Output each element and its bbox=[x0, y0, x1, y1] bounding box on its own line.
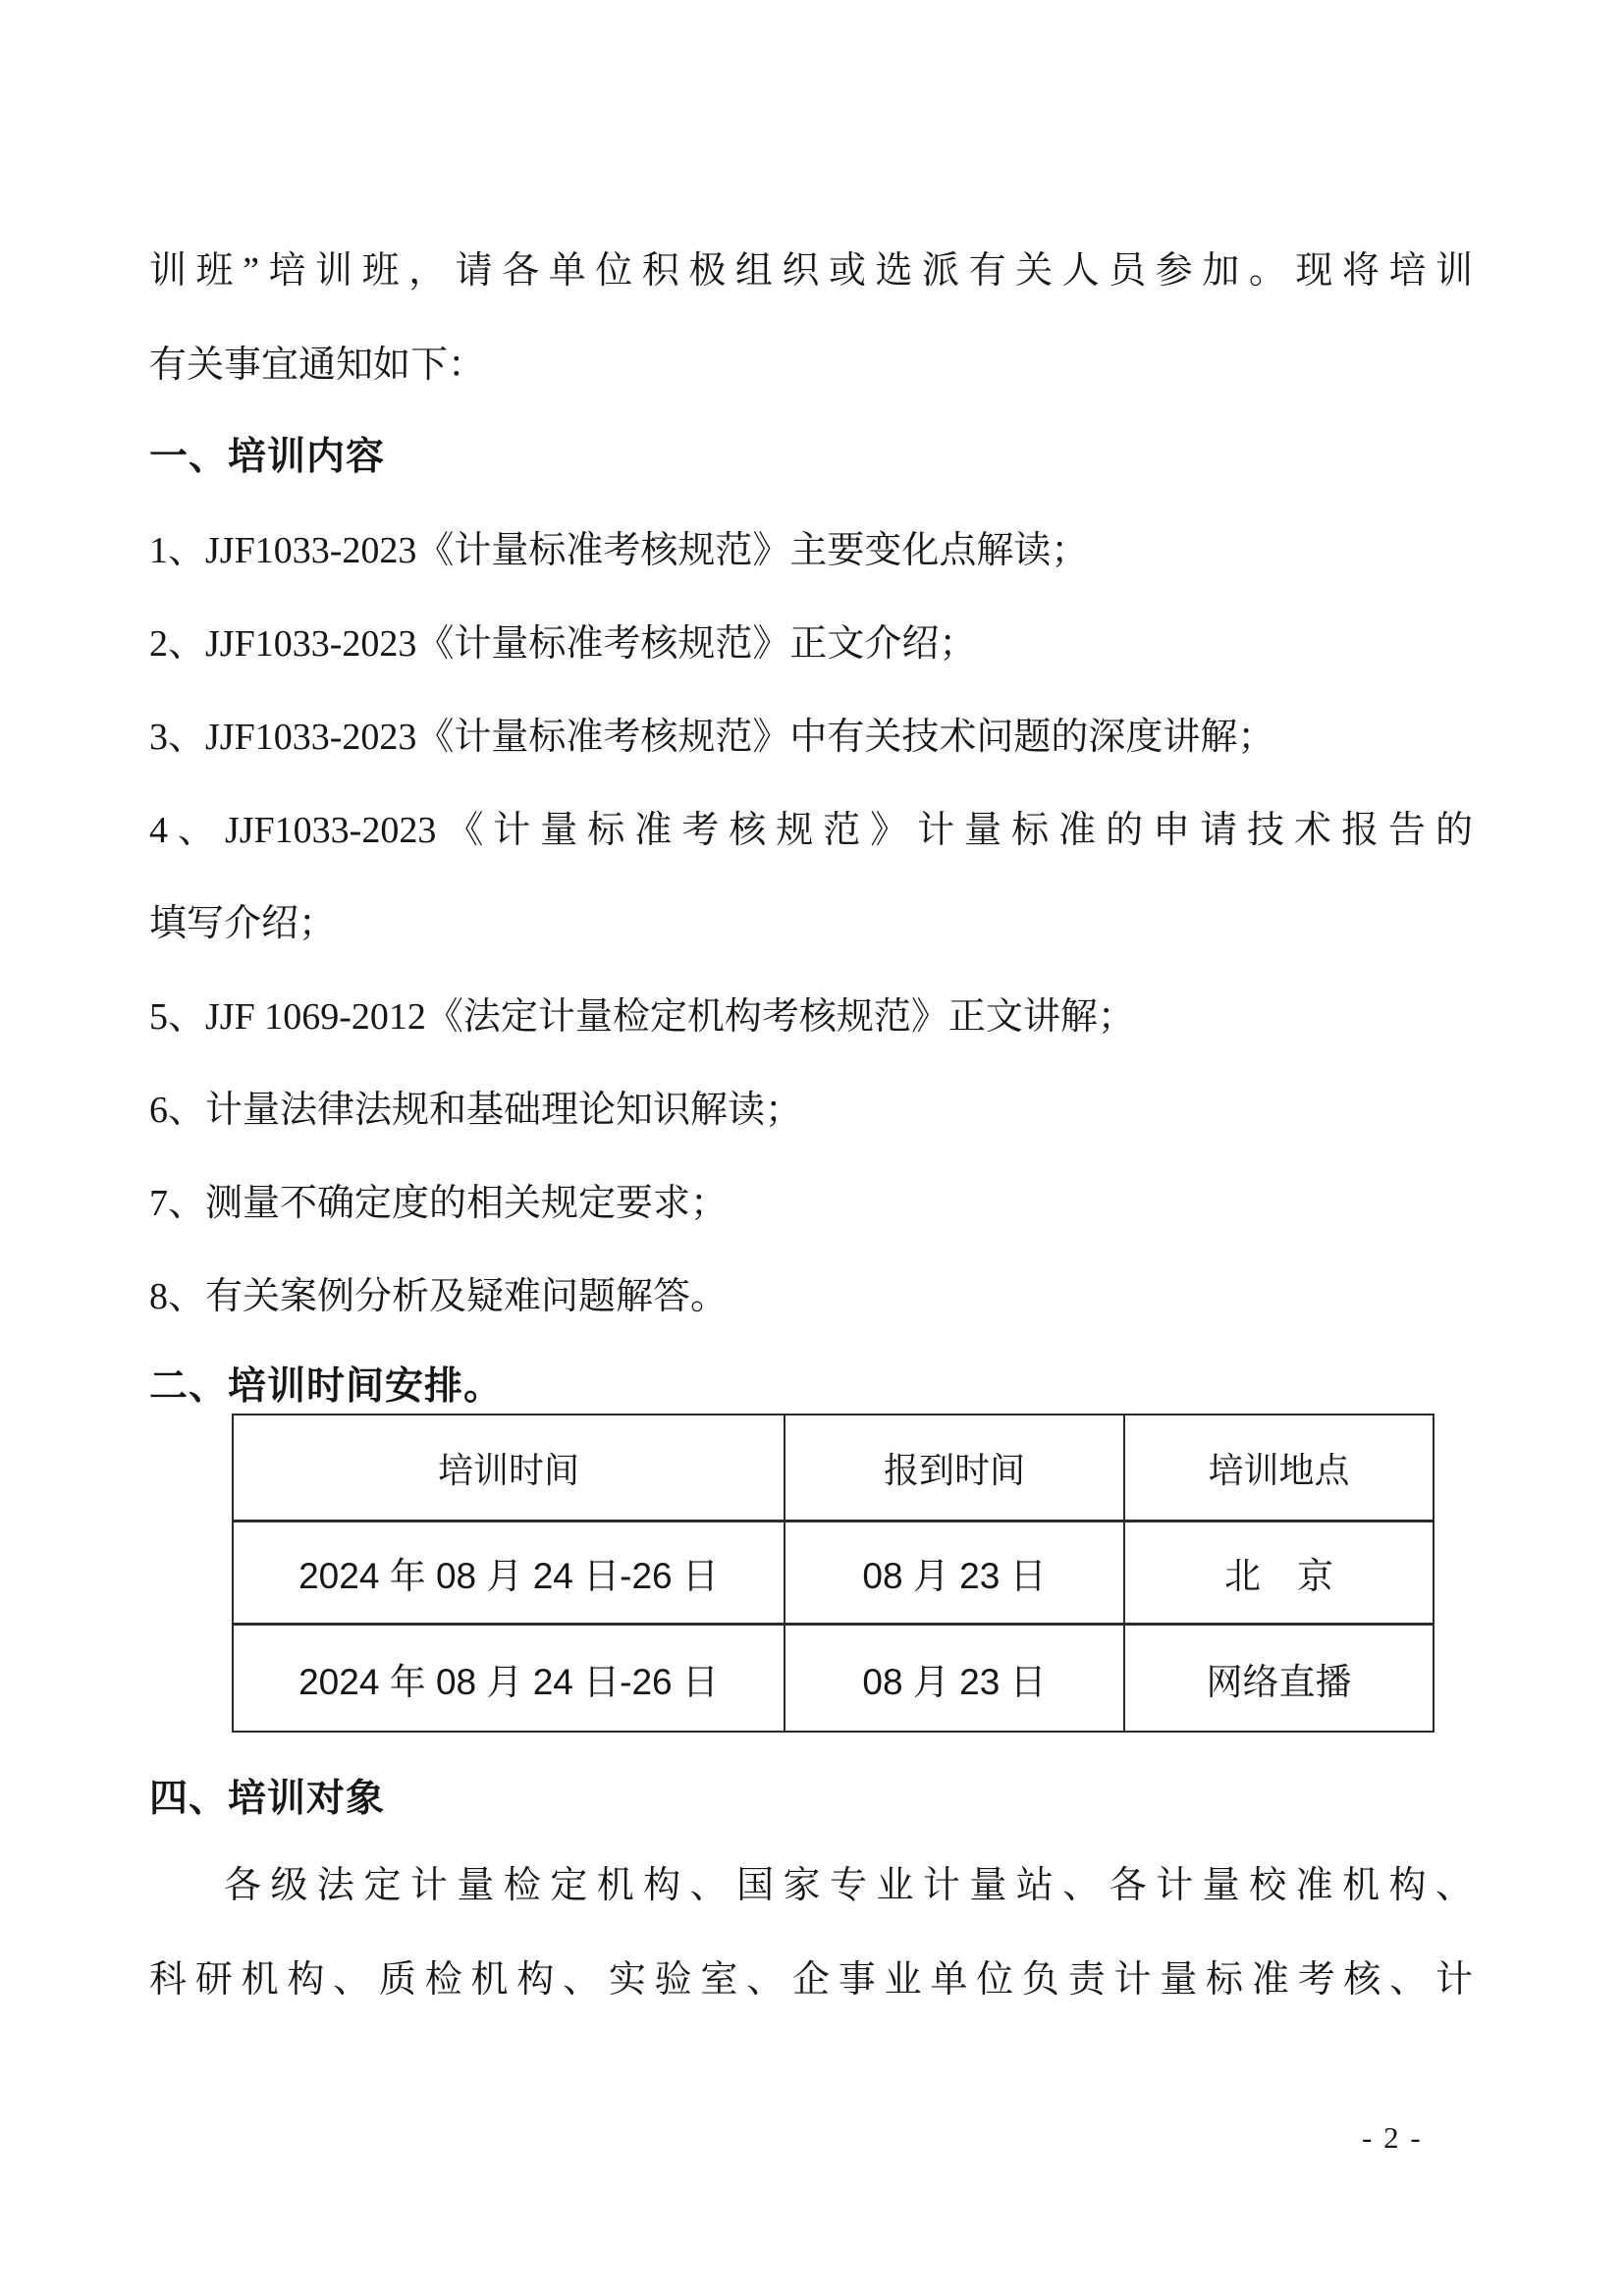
list-item-2: 2、JJF1033-2023《计量标准考核规范》正文介绍； bbox=[149, 621, 1473, 667]
table-header-training-time: 培训时间 bbox=[234, 1415, 785, 1522]
intro-line-2: 有关事宜通知如下： bbox=[149, 343, 1473, 388]
list-item-1: 1、JJF1033-2023《计量标准考核规范》主要变化点解读； bbox=[149, 528, 1473, 573]
table-cell-row2-checkin-time: 08 月 23 日 bbox=[785, 1626, 1125, 1731]
page-number: - 2 - bbox=[1362, 2120, 1423, 2156]
audience-line-2: 科研机构、质检机构、实验室、企事业单位负责计量标准考核、计 bbox=[149, 1957, 1473, 2002]
list-item-5: 5、JJF 1069-2012《法定计量检定机构考核规范》正文讲解； bbox=[149, 994, 1473, 1040]
section-heading-schedule: 二、培训时间安排。 bbox=[149, 1364, 1473, 1410]
list-item-7: 7、测量不确定度的相关规定要求； bbox=[149, 1181, 1473, 1226]
list-item-3: 3、JJF1033-2023《计量标准考核规范》中有关技术问题的深度讲解； bbox=[149, 715, 1473, 760]
document-page: 训班”培训班，请各单位积极组织或选派有关人员参加。现将培训 有关事宜通知如下： … bbox=[0, 0, 1624, 2296]
section-heading-training-content: 一、培训内容 bbox=[149, 435, 1473, 480]
audience-line-1: 各级法定计量检定机构、国家专业计量站、各计量校准机构、 bbox=[149, 1863, 1473, 1908]
list-item-8: 8、有关案例分析及疑难问题解答。 bbox=[149, 1274, 1473, 1319]
list-item-4-line-2: 填写介绍； bbox=[149, 901, 1473, 946]
section-heading-audience: 四、培训对象 bbox=[149, 1777, 1473, 1822]
table-cell-row1-training-time: 2024 年 08 月 24 日-26 日 bbox=[234, 1522, 785, 1626]
table-cell-row2-training-time: 2024 年 08 月 24 日-26 日 bbox=[234, 1626, 785, 1731]
table-header-location: 培训地点 bbox=[1125, 1415, 1433, 1522]
table-cell-row1-location: 北 京 bbox=[1125, 1522, 1433, 1626]
list-item-6: 6、计量法律法规和基础理论知识解读； bbox=[149, 1088, 1473, 1133]
schedule-table: 培训时间 报到时间 培训地点 2024 年 08 月 24 日-26 日 08 … bbox=[232, 1414, 1435, 1733]
table-cell-row2-location: 网络直播 bbox=[1125, 1626, 1433, 1731]
list-item-4-line-1: 4、JJF1033-2023《计量标准考核规范》计量标准的申请技术报告的 bbox=[149, 808, 1473, 853]
intro-line-1: 训班”培训班，请各单位积极组织或选派有关人员参加。现将培训 bbox=[149, 248, 1473, 294]
table-header-checkin-time: 报到时间 bbox=[785, 1415, 1125, 1522]
table-cell-row1-checkin-time: 08 月 23 日 bbox=[785, 1522, 1125, 1626]
